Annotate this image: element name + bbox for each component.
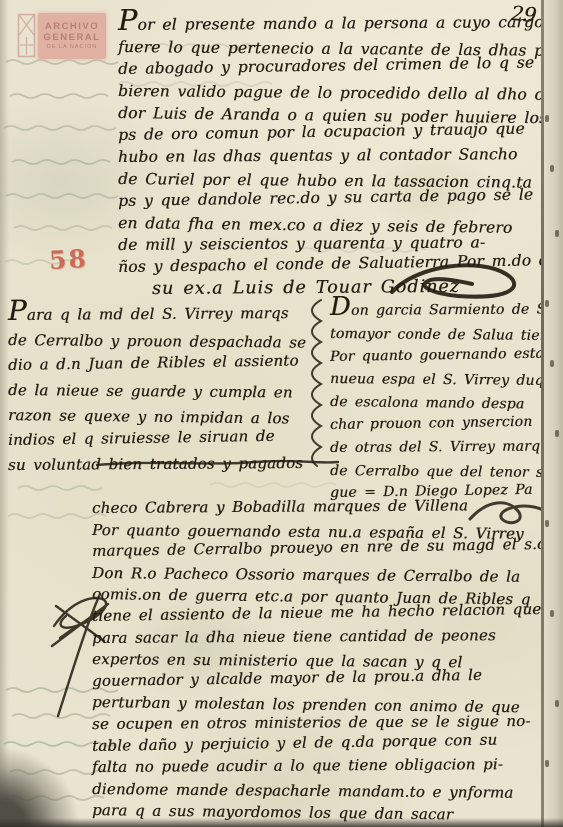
manuscript-page: ARCHIVO GENERAL DE LA NACION 29 58 Por e…: [0, 0, 563, 827]
paragraph-petition: checo Cabrera y Bobadilla marques de Vil…: [92, 498, 562, 822]
curled-corner-shadow: [0, 667, 80, 827]
edge-ink-speck: [550, 360, 554, 367]
handwritten-line: Para q la md del S. Virrey marqs: [8, 301, 306, 328]
edge-ink-speck: [555, 700, 559, 707]
handwritten-line: falta no puede acudir a lo que tiene obl…: [92, 754, 562, 779]
stamp-line-1: ARCHIVO: [38, 21, 106, 32]
handwritten-line: de otras del S. Virrey marques: [330, 435, 562, 459]
handwritten-line: char prouon con ynsercion: [330, 410, 562, 436]
archive-stamp: ARCHIVO GENERAL DE LA NACION: [17, 13, 106, 59]
handwritten-line: hubo en las dhas quentas y al contador S…: [118, 143, 558, 168]
handwritten-line: Por quanto gouernando esta: [330, 342, 562, 368]
stamp-line-3: DE LA NACION: [38, 44, 106, 51]
margin-number-red: 58: [48, 244, 88, 275]
book-gutter-edge: [541, 0, 563, 827]
handwritten-line: nueua espa el S. Virrey duq: [330, 368, 562, 393]
edge-ink-speck: [545, 300, 549, 307]
edge-ink-speck: [555, 430, 559, 437]
stamp-emblem-cross-icon: [17, 13, 36, 58]
edge-ink-speck: [545, 115, 549, 122]
paragraph-decree: Don garcia Sarmiento de Sotomayor conde …: [330, 300, 562, 505]
edge-ink-speck: [550, 610, 554, 617]
edge-ink-speck: [550, 165, 554, 172]
section-brace-icon: [305, 298, 327, 468]
edge-ink-speck: [545, 520, 549, 527]
stamp-text-box: ARCHIVO GENERAL DE LA NACION: [38, 13, 106, 59]
handwritten-line: Por el presente mando a la persona a cuy…: [118, 9, 558, 36]
edge-ink-speck: [545, 760, 549, 767]
handwritten-line: para sacar la dha nieue tiene cantidad d…: [92, 624, 562, 649]
handwritten-line: de la nieue se guarde y cumpla en: [8, 378, 306, 406]
handwritten-line: dio a d.n Juan de Ribles el assiento: [8, 348, 306, 378]
next-page-sliver: [544, 0, 563, 827]
handwritten-line: indios el q siruiesse le siruan de: [8, 423, 306, 453]
edge-ink-speck: [555, 230, 559, 237]
page-bottom-edge-shadow: [0, 818, 563, 827]
handwritten-line: Don garcia Sarmiento de So: [330, 298, 562, 322]
paragraph-royal-order: Por el presente mando a la persona a cuy…: [118, 12, 558, 300]
stamp-line-2: GENERAL: [38, 32, 106, 43]
underline-flourish-icon: [95, 458, 340, 468]
margin-note: Para q la md del S. Virrey marqsde Cerra…: [8, 303, 306, 478]
